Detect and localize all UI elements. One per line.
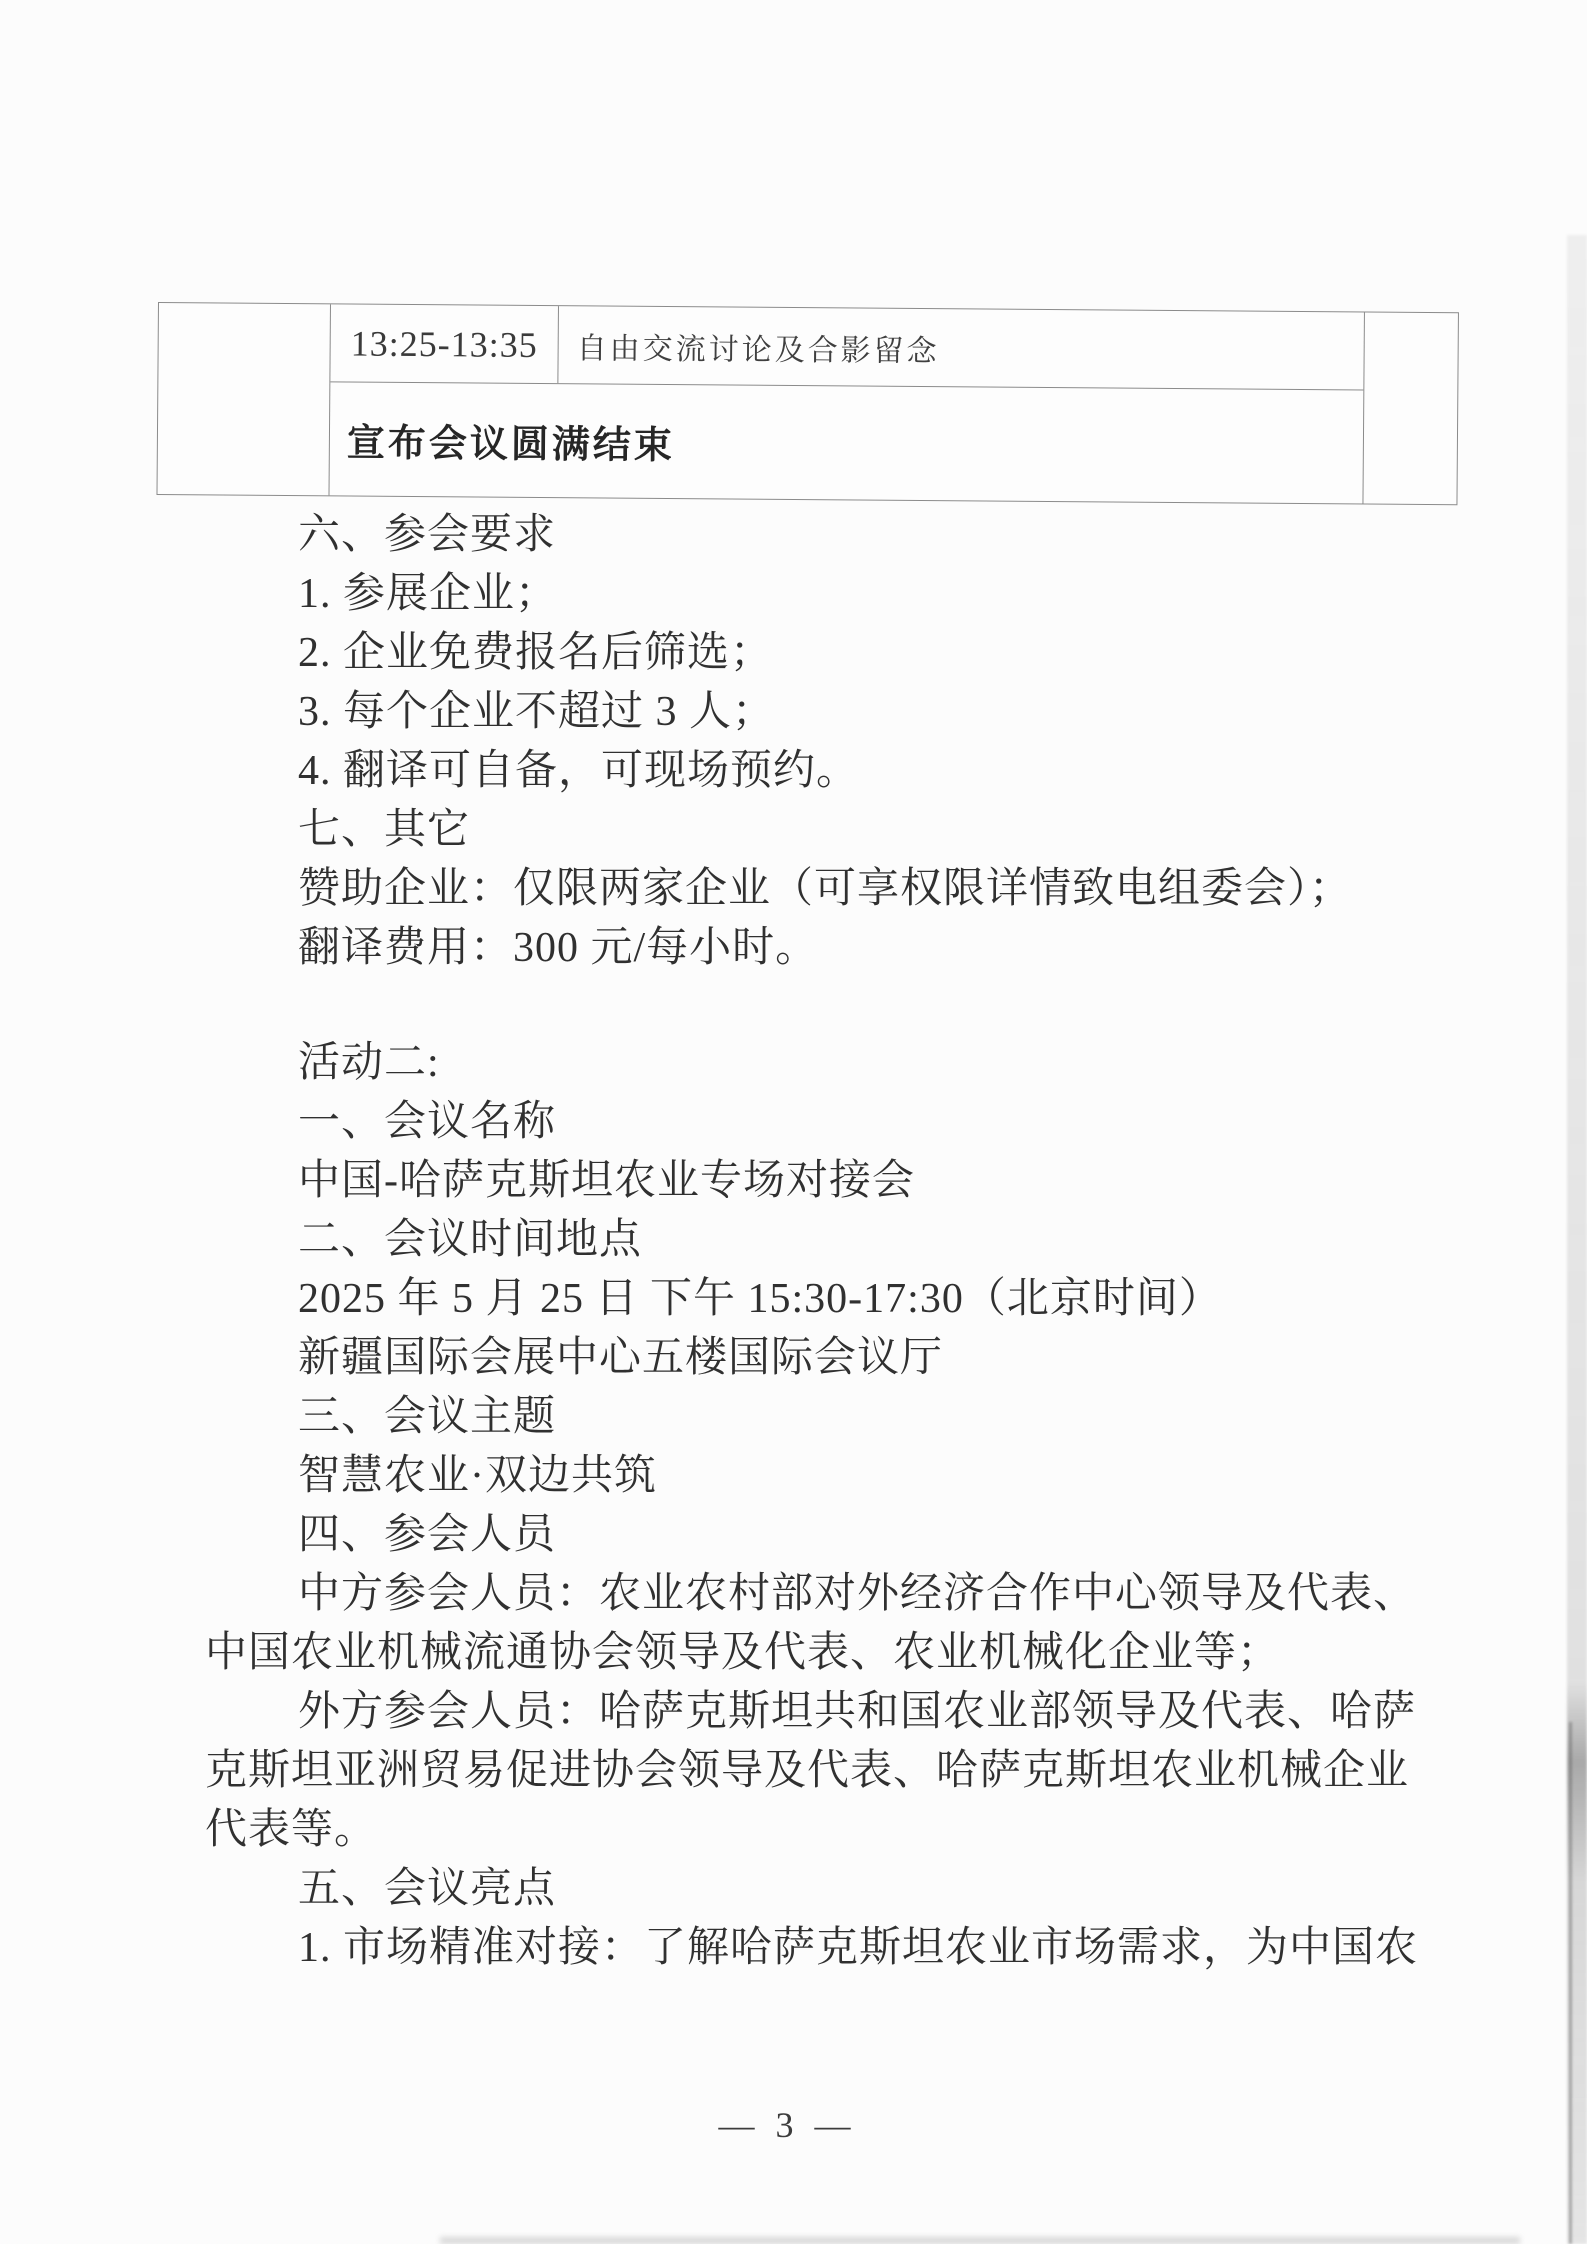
body-line: 2025 年 5 月 25 日 下午 15:30-17:30（北京时间） — [0, 1270, 1587, 1329]
body-line: 活动二: — [0, 1034, 1587, 1093]
body-line: 翻译费用：300 元/每小时。 — [0, 919, 1587, 978]
body-line: 3. 每个企业不超过 3 人； — [0, 683, 1587, 742]
agenda-time-cell: 13:25-13:35 — [330, 304, 559, 383]
body-line: 智慧农业·双边共筑 — [0, 1447, 1587, 1506]
body-line: 七、其它 — [0, 801, 1587, 860]
page-number: — 3 — — [0, 2104, 1575, 2146]
agenda-activity-cell: 自由交流讨论及合影留念 — [558, 306, 1364, 389]
agenda-table-left-empty-cell — [157, 303, 330, 495]
body-line: 中国-哈萨克斯坦农业专场对接会 — [0, 1152, 1587, 1211]
body-line: 中国农业机械流通协会领导及代表、农业机械化企业等； — [0, 1624, 1587, 1683]
document-page: 13:25-13:35 自由交流讨论及合影留念 宣布会议圆满结束 六、参会要求1… — [0, 0, 1587, 2244]
body-line: 2. 企业免费报名后筛选； — [0, 624, 1587, 683]
scan-bottom-smudge — [440, 2237, 1520, 2244]
body-line: 外方参会人员：哈萨克斯坦共和国农业部领导及代表、哈萨 — [0, 1683, 1587, 1742]
body-line: 六、参会要求 — [0, 506, 1587, 565]
agenda-table-right-empty-cell — [1362, 312, 1457, 504]
agenda-table-row: 13:25-13:35 自由交流讨论及合影留念 — [330, 304, 1364, 390]
body-line: 克斯坦亚洲贸易促进协会领导及代表、哈萨克斯坦农业机械企业 — [0, 1742, 1587, 1801]
body-line: 四、参会人员 — [0, 1506, 1587, 1565]
body-line: 代表等。 — [0, 1801, 1587, 1860]
agenda-closing-cell: 宣布会议圆满结束 — [329, 382, 1363, 503]
body-line: 二、会议时间地点 — [0, 1211, 1587, 1270]
body-line: 赞助企业：仅限两家企业（可享权限详情致电组委会）； — [0, 860, 1587, 919]
body-line: 新疆国际会展中心五楼国际会议厅 — [0, 1329, 1587, 1388]
agenda-table-middle-section: 13:25-13:35 自由交流讨论及合影留念 宣布会议圆满结束 — [329, 304, 1363, 503]
body-line: 一、会议名称 — [0, 1093, 1587, 1152]
body-line: 中方参会人员：农业农村部对外经济合作中心领导及代表、 — [0, 1565, 1587, 1624]
body-line: 五、会议亮点 — [0, 1860, 1587, 1919]
document-body: 六、参会要求1. 参展企业；2. 企业免费报名后筛选；3. 每个企业不超过 3 … — [0, 506, 1587, 1978]
body-line: 三、会议主题 — [0, 1388, 1587, 1447]
scan-edge-streak — [1567, 235, 1587, 2244]
body-line: 1. 参展企业； — [0, 565, 1587, 624]
agenda-table: 13:25-13:35 自由交流讨论及合影留念 宣布会议圆满结束 — [156, 302, 1458, 505]
body-line: 1. 市场精准对接：了解哈萨克斯坦农业市场需求，为中国农 — [0, 1919, 1587, 1978]
body-line: 4. 翻译可自备，可现场预约。 — [0, 742, 1587, 801]
